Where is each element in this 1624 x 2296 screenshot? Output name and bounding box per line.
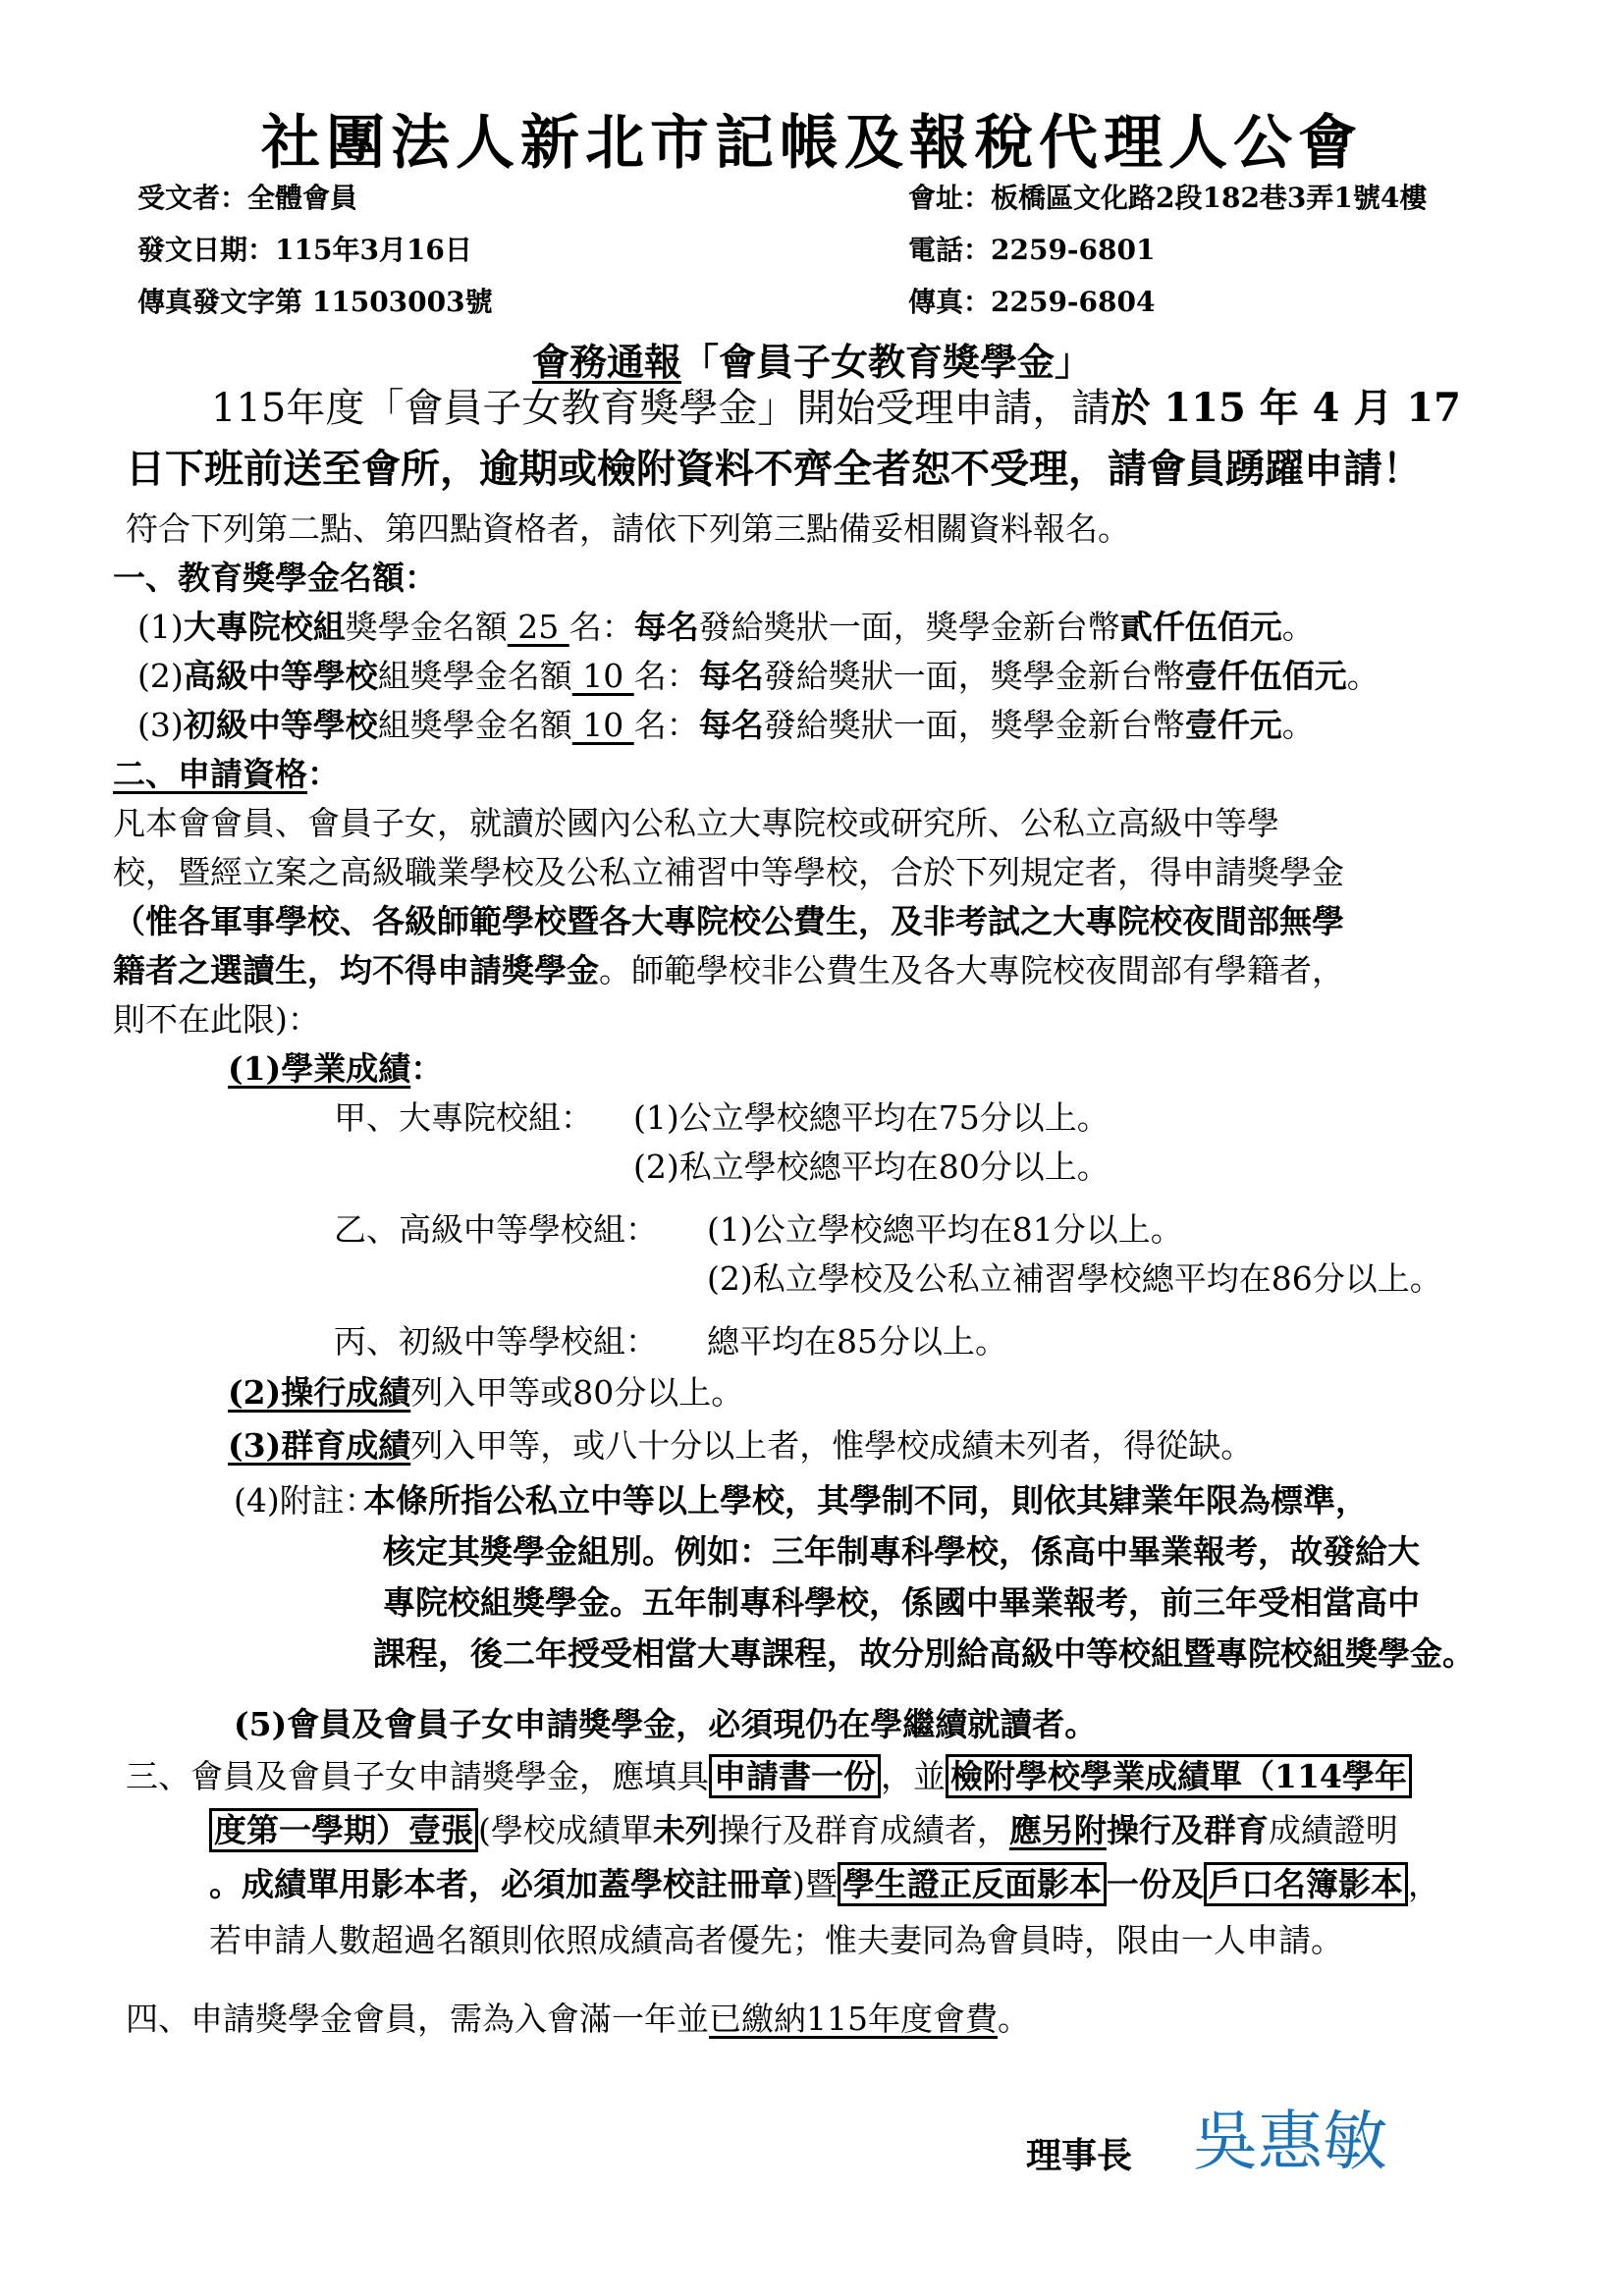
group-activity-requirement: (3)群育成績列入甲等，或八十分以上者，惟學校成績未列者，得從缺。	[228, 1429, 1253, 1462]
text-segment: 操行及群育	[1107, 1811, 1269, 1849]
text-segment: 高級中等學校	[184, 657, 378, 695]
fax: 傳真：2259-6804	[908, 281, 1155, 320]
text-segment: ，	[1408, 1865, 1440, 1903]
text-segment: 每名	[634, 608, 699, 646]
text-segment: 發給獎狀一面，獎學金新台幣	[764, 657, 1185, 695]
boxed-required-document: 申請書一份	[709, 1754, 881, 1798]
text-segment: 應另附	[1009, 1811, 1107, 1849]
text-segment: 校，暨經立案之高級職業學校及公私立補習中等學校，合於下列規定者，得申請獎學金	[113, 853, 1344, 891]
text-segment: 列入甲等，或八十分以上者，惟學校成績未列者，得從缺。	[410, 1426, 1253, 1465]
text-segment: 。	[1347, 657, 1380, 695]
text-segment: 每名	[699, 657, 764, 695]
chairman-signature: 吳惠敏	[1193, 2089, 1387, 2182]
text-segment: 獎學金名額	[346, 608, 508, 646]
text-segment: 組獎學金名額	[378, 706, 572, 744]
intro-line-2: 日下班前送至會所，逾期或檢附資料不齊全者恕不受理，請會員踴躍申請！	[126, 450, 1422, 489]
text-segment: 四、申請獎學金會員，需為入會滿一年並	[126, 2000, 709, 2038]
text-segment: 組獎學金名額	[378, 657, 572, 695]
academic-heading: (1)學業成績：	[228, 1052, 443, 1085]
document-number: 傳真發文字第 11503003號	[137, 281, 493, 320]
recipient: 受文者：全體會員	[137, 177, 357, 216]
documents-line-4: 若申請人數超過名額則依照成績高者優先；惟夫妻同為會員時，限由一人申請。	[209, 1924, 1343, 1956]
text-segment: 發給獎狀一面，獎學金新台幣	[764, 706, 1185, 744]
group-c-line-1: 總平均在85分以上。	[707, 1325, 1007, 1358]
text-segment: 已繳納115年度會費	[709, 2000, 998, 2038]
text-segment: ，請會員踴躍申請！	[1068, 446, 1422, 492]
text-segment: 10	[572, 706, 634, 744]
boxed-required-document: 度第一學期）壹張	[209, 1808, 478, 1852]
text-segment: (3)群育成績	[228, 1426, 410, 1465]
phone: 電話：2259-6801	[908, 229, 1155, 268]
group-b-label: 乙、高級中等學校組：	[334, 1213, 658, 1246]
text-segment: 。師範學校非公費生及各大專院校夜間部有學籍者，	[599, 951, 1344, 989]
section-1-heading: 一、教育獎學金名額：	[113, 561, 437, 594]
group-a-line-2: (2)私立學校總平均在80分以上。	[633, 1150, 1110, 1183]
text-segment: 日下班前送至會所，	[126, 446, 479, 492]
quota-item-senior-high: (2)高級中等學校組獎學金名額 10 名：每名發給獎狀一面，獎學金新台幣壹仟伍佰…	[137, 660, 1380, 692]
text-segment: 。成績單用影本者，必須加蓋學校註冊章	[209, 1865, 792, 1903]
text-segment: (2)	[137, 657, 184, 695]
text-segment: (3)	[137, 706, 184, 744]
text-segment: (1)	[137, 608, 184, 646]
text-segment: 115年度「會員子女教育獎學金」開始受理申請，請	[211, 386, 1110, 431]
note-line-2: 核定其獎學金組別。例如：三年制專科學校，係高中畢業報考，故發給大	[383, 1535, 1420, 1568]
eligibility-line-2: 校，暨經立案之高級職業學校及公私立補習中等學校，合於下列規定者，得申請獎學金	[113, 856, 1344, 888]
boxed-required-document: 檢附學校學業成績單（114學年	[946, 1754, 1412, 1798]
text-segment: 每名	[699, 706, 764, 744]
association-title: 社團法人新北市記帳及報稅代理人公會	[0, 96, 1624, 181]
group-a-line-1: (1)公立學校總平均在75分以上。	[633, 1101, 1110, 1134]
documents-line-2: 度第一學期）壹張(學校成績單未列操行及群育成績者，應另附操行及群育成績證明	[209, 1814, 1398, 1846]
eligibility-line-1: 凡本會會員、會員子女，就讀於國內公私立大專院校或研究所、公私立高級中等學	[113, 807, 1279, 839]
text-segment: (學校成績單	[478, 1811, 653, 1849]
text-segment: 逾期或檢附資料不齊全者恕不受理	[479, 446, 1068, 492]
text-segment: )暨	[792, 1865, 838, 1903]
group-a-label: 甲、大專院校組：	[334, 1101, 593, 1134]
group-c-label: 丙、初級中等學校組：	[334, 1325, 658, 1358]
text-segment: 10	[572, 657, 634, 695]
text-segment: ，並	[881, 1757, 946, 1795]
text-segment: 壹仟元	[1185, 706, 1282, 744]
eligibility-line-3: （惟各軍事學校、各級師範學校暨各大專院校公費生，及非考試之大專院校夜間部無學	[113, 905, 1344, 937]
note-line-3: 專院校組獎學金。五年制專科學校，係國中畢業報考，前三年受相當高中	[383, 1586, 1420, 1619]
note-line-1: 本條所指公私立中等以上學校，其學制不同，則依其肄業年限為標準，	[363, 1484, 1368, 1517]
quota-item-university: (1)大專院校組獎學金名額 25 名：每名發給獎狀一面，獎學金新台幣貳仟伍佰元。	[137, 611, 1315, 643]
group-b-line-1: (1)公立學校總平均在81分以上。	[707, 1213, 1183, 1246]
text-segment: 籍者之選讀生，均不得申請獎學金	[113, 951, 599, 989]
text-segment: 大專院校組	[184, 608, 346, 646]
documents-line-1: 三、會員及會員子女申請獎學金，應填具申請書一份，並檢附學校學業成績單（114學年	[126, 1760, 1412, 1792]
conduct-requirement: (2)操行成績列入甲等或80分以上。	[228, 1376, 743, 1409]
text-segment: 則不在此限)：	[113, 1000, 320, 1039]
issue-date: 發文日期：115年3月16日	[137, 229, 472, 268]
boxed-required-document: 學生證正反面影本	[838, 1862, 1107, 1906]
membership-requirement: 四、申請獎學金會員，需為入會滿一年並已繳納115年度會費。	[126, 2002, 1030, 2035]
notice-subject: 會務通報「會員子女教育獎學金」	[0, 332, 1624, 386]
text-segment: 操行及群育成績者，	[718, 1811, 1009, 1849]
eligibility-line-5: 則不在此限)：	[113, 1003, 320, 1036]
subject-name: 「會員子女教育獎學金」	[681, 340, 1092, 384]
group-b-line-2: (2)私立學校及公私立補習學校總平均在86分以上。	[707, 1262, 1442, 1295]
subject-prefix: 會務通報	[532, 340, 681, 384]
text-segment: 一份及	[1107, 1865, 1204, 1903]
text-segment: 三、會員及會員子女申請獎學金，應填具	[126, 1757, 709, 1795]
text-segment: 名：	[634, 657, 699, 695]
text-segment: （惟各軍事學校、各級師範學校暨各大專院校公費生，及非考試之大專院校夜間部無學	[113, 902, 1344, 940]
address: 會址：板橋區文化路2段182巷3弄1號4樓	[908, 177, 1427, 216]
text-segment: 名：	[634, 706, 699, 744]
quota-item-junior-high: (3)初級中等學校組獎學金名額 10 名：每名發給獎狀一面，獎學金新台幣壹仟元。	[137, 709, 1315, 741]
text-segment: 壹仟伍佰元	[1185, 657, 1347, 695]
text-segment: 名：	[569, 608, 634, 646]
text-segment: 列入甲等或80分以上。	[410, 1373, 743, 1412]
text-segment: 。	[1282, 608, 1315, 646]
text-segment: 成績證明	[1269, 1811, 1398, 1849]
note-label: (4)附註：	[234, 1484, 377, 1517]
text-segment: 貳仟伍佰元	[1120, 608, 1282, 646]
text-segment: 。	[998, 2000, 1030, 2038]
enrollment-requirement: (5)會員及會員子女申請獎學金，必須現仍在學繼續就讀者。	[234, 1708, 1097, 1740]
text-segment: 若申請人數超過名額則依照成績高者優先；惟夫妻同為會員時，限由一人申請。	[209, 1921, 1343, 1959]
text-segment: 發給獎狀一面，獎學金新台幣	[699, 608, 1120, 646]
intro-line-3: 符合下列第二點、第四點資格者，請依下列第三點備妥相關資料報名。	[126, 512, 1130, 545]
intro-line-1: 115年度「會員子女教育獎學金」開始受理申請，請於 115 年 4 月 17	[211, 389, 1461, 428]
text-segment: (2)操行成績	[228, 1373, 410, 1412]
text-segment: 初級中等學校	[184, 706, 378, 744]
text-segment: 。	[1282, 706, 1315, 744]
text-segment: 未列	[653, 1811, 718, 1849]
text-segment: 凡本會會員、會員子女，就讀於國內公私立大專院校或研究所、公私立高級中等學	[113, 804, 1279, 842]
eligibility-line-4: 籍者之選讀生，均不得申請獎學金。師範學校非公費生及各大專院校夜間部有學籍者，	[113, 954, 1344, 987]
section-2-heading: 二、申請資格：	[113, 758, 340, 790]
boxed-required-document: 戶口名簿影本	[1204, 1862, 1408, 1906]
note-line-4: 課程，後二年授受相當大專課程，故分別給高級中等校組暨專院校組獎學金。	[373, 1637, 1475, 1670]
text-segment: 25	[508, 608, 569, 646]
text-segment: 於 115 年 4 月 17	[1110, 385, 1461, 431]
documents-line-3: 。成績單用影本者，必須加蓋學校註冊章)暨學生證正反面影本一份及戶口名簿影本，	[209, 1868, 1440, 1900]
chairman-label: 理事長	[1026, 2128, 1132, 2178]
